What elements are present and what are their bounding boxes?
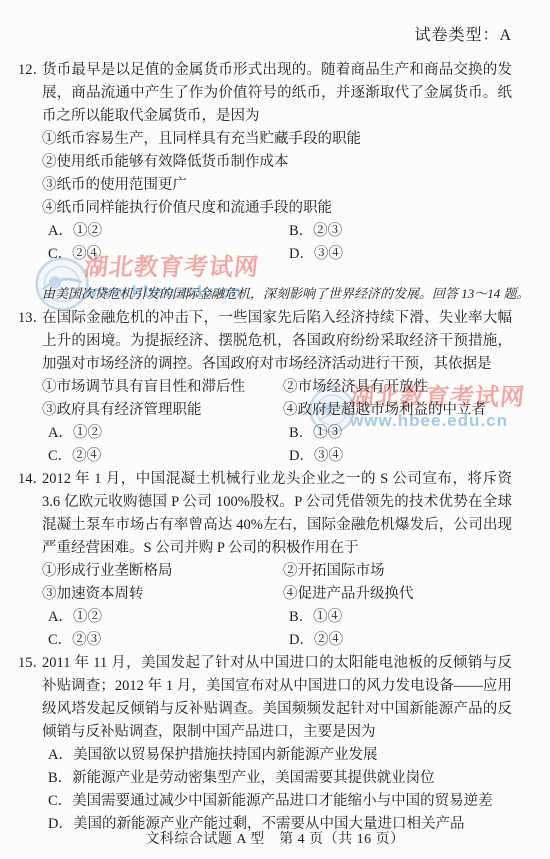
question-15-choices: A．美国欲以贸易保护措施扶持国内新能源产业发展 B．新能源产业是劳动密集型产业，…: [42, 744, 512, 836]
choice-c: C．②③: [48, 629, 289, 652]
option-item-1: ①市场调节具有盲目性和滞后性: [42, 376, 283, 399]
choice-c: C．②④: [48, 243, 289, 266]
choice-c: C．美国需要通过减少中国新能源产品进口才能缩小与中国的贸易逆差: [42, 790, 512, 813]
choice-a: A．①②: [48, 220, 289, 243]
question-12-items: ①纸币容易生产，且同样具有充当贮藏手段的职能 ②使用纸币能够有效降低货币制作成本…: [42, 128, 512, 220]
question-number: 13．: [18, 307, 47, 330]
option-item-3: ③纸币的使用范围更广: [42, 174, 512, 197]
option-item-2: ②市场经济具有开放性: [283, 376, 512, 399]
question-stem: 在国际金融危机的冲击下，一些国家先后陷入经济持续下滑、失业率大幅上升的困境。为提…: [42, 307, 512, 376]
choice-b: B．①④: [289, 606, 512, 629]
option-item-4: ④促进产品升级换代: [283, 583, 512, 606]
question-number: 14．: [18, 468, 47, 491]
choice-a: A．美国欲以贸易保护措施扶持国内新能源产业发展: [42, 744, 512, 767]
option-item-1: ①形成行业垄断格局: [42, 560, 283, 583]
footer-page-info: 文科综合试题 A 型 第 4 页（共 16 页）: [0, 828, 550, 848]
question-12: 12． 货币最早是以足值的金属货币形式出现的。随着商品生产和商品交换的发展，商品…: [18, 59, 512, 266]
paper-type-label: 试卷类型：A: [18, 24, 512, 46]
option-item-3: ③政府具有经济管理职能: [42, 399, 283, 422]
choice-b: B．①③: [289, 422, 512, 445]
exam-paper-page: 湖北教育考试网 www.hbee.edu.cn 湖北教育考试网 www.hbee…: [0, 0, 550, 859]
question-12-choices: A．①② B．②③ C．②④ D．③④: [42, 220, 512, 266]
question-14: 14． 2012 年 1 月，中国混凝土机械行业龙头企业之一的 S 公司宣布，将…: [18, 468, 512, 652]
choice-a: A．①②: [48, 606, 289, 629]
question-number: 15．: [18, 652, 47, 675]
question-14-items: ①形成行业垄断格局 ②开拓国际市场 ③加速资本周转 ④促进产品升级换代: [42, 560, 512, 606]
page-content: 试卷类型：A 12． 货币最早是以足值的金属货币形式出现的。随着商品生产和商品交…: [0, 0, 550, 836]
choice-d: D．②④: [289, 629, 512, 652]
choice-a: A．①②: [48, 422, 289, 445]
question-stem: 货币最早是以足值的金属货币形式出现的。随着商品生产和商品交换的发展，商品流通中产…: [42, 59, 512, 128]
option-item-3: ③加速资本周转: [42, 583, 283, 606]
question-13-items: ①市场调节具有盲目性和滞后性 ②市场经济具有开放性 ③政府具有经济管理职能 ④政…: [42, 376, 512, 422]
question-stem: 2012 年 1 月，中国混凝土机械行业龙头企业之一的 S 公司宣布，将斥资 3…: [42, 468, 512, 560]
question-15: 15． 2011 年 11 月，美国发起了针对从中国进口的太阳能电池板的反倾销与…: [18, 652, 512, 836]
question-number: 12．: [18, 59, 47, 82]
option-item-4: ④纸币同样能执行价值尺度和流通手段的职能: [42, 197, 512, 220]
choice-d: D．③④: [289, 243, 512, 266]
choice-b: B．②③: [289, 220, 512, 243]
question-14-choices: A．①② B．①④ C．②③ D．②④: [42, 606, 512, 652]
choice-b: B．新能源产业是劳动密集型产业，美国需要其提供就业岗位: [42, 767, 512, 790]
option-item-2: ②使用纸币能够有效降低货币制作成本: [42, 151, 512, 174]
option-item-2: ②开拓国际市场: [283, 560, 512, 583]
choice-d: D．③④: [289, 445, 512, 468]
choice-c: C．②④: [48, 445, 289, 468]
question-13-choices: A．①② B．①③ C．②④ D．③④: [42, 422, 512, 468]
question-13: 13． 在国际金融危机的冲击下，一些国家先后陷入经济持续下滑、失业率大幅上升的困…: [18, 307, 512, 468]
option-item-4: ④政府是超越市场利益的中立者: [283, 399, 512, 422]
intro-13-14: 由美国次贷危机引发的国际金融危机，深刻影响了世界经济的发展。回答 13～14 题…: [42, 282, 512, 305]
question-stem: 2011 年 11 月，美国发起了针对从中国进口的太阳能电池板的反倾销与反补贴调…: [42, 652, 512, 744]
option-item-1: ①纸币容易生产，且同样具有充当贮藏手段的职能: [42, 128, 512, 151]
